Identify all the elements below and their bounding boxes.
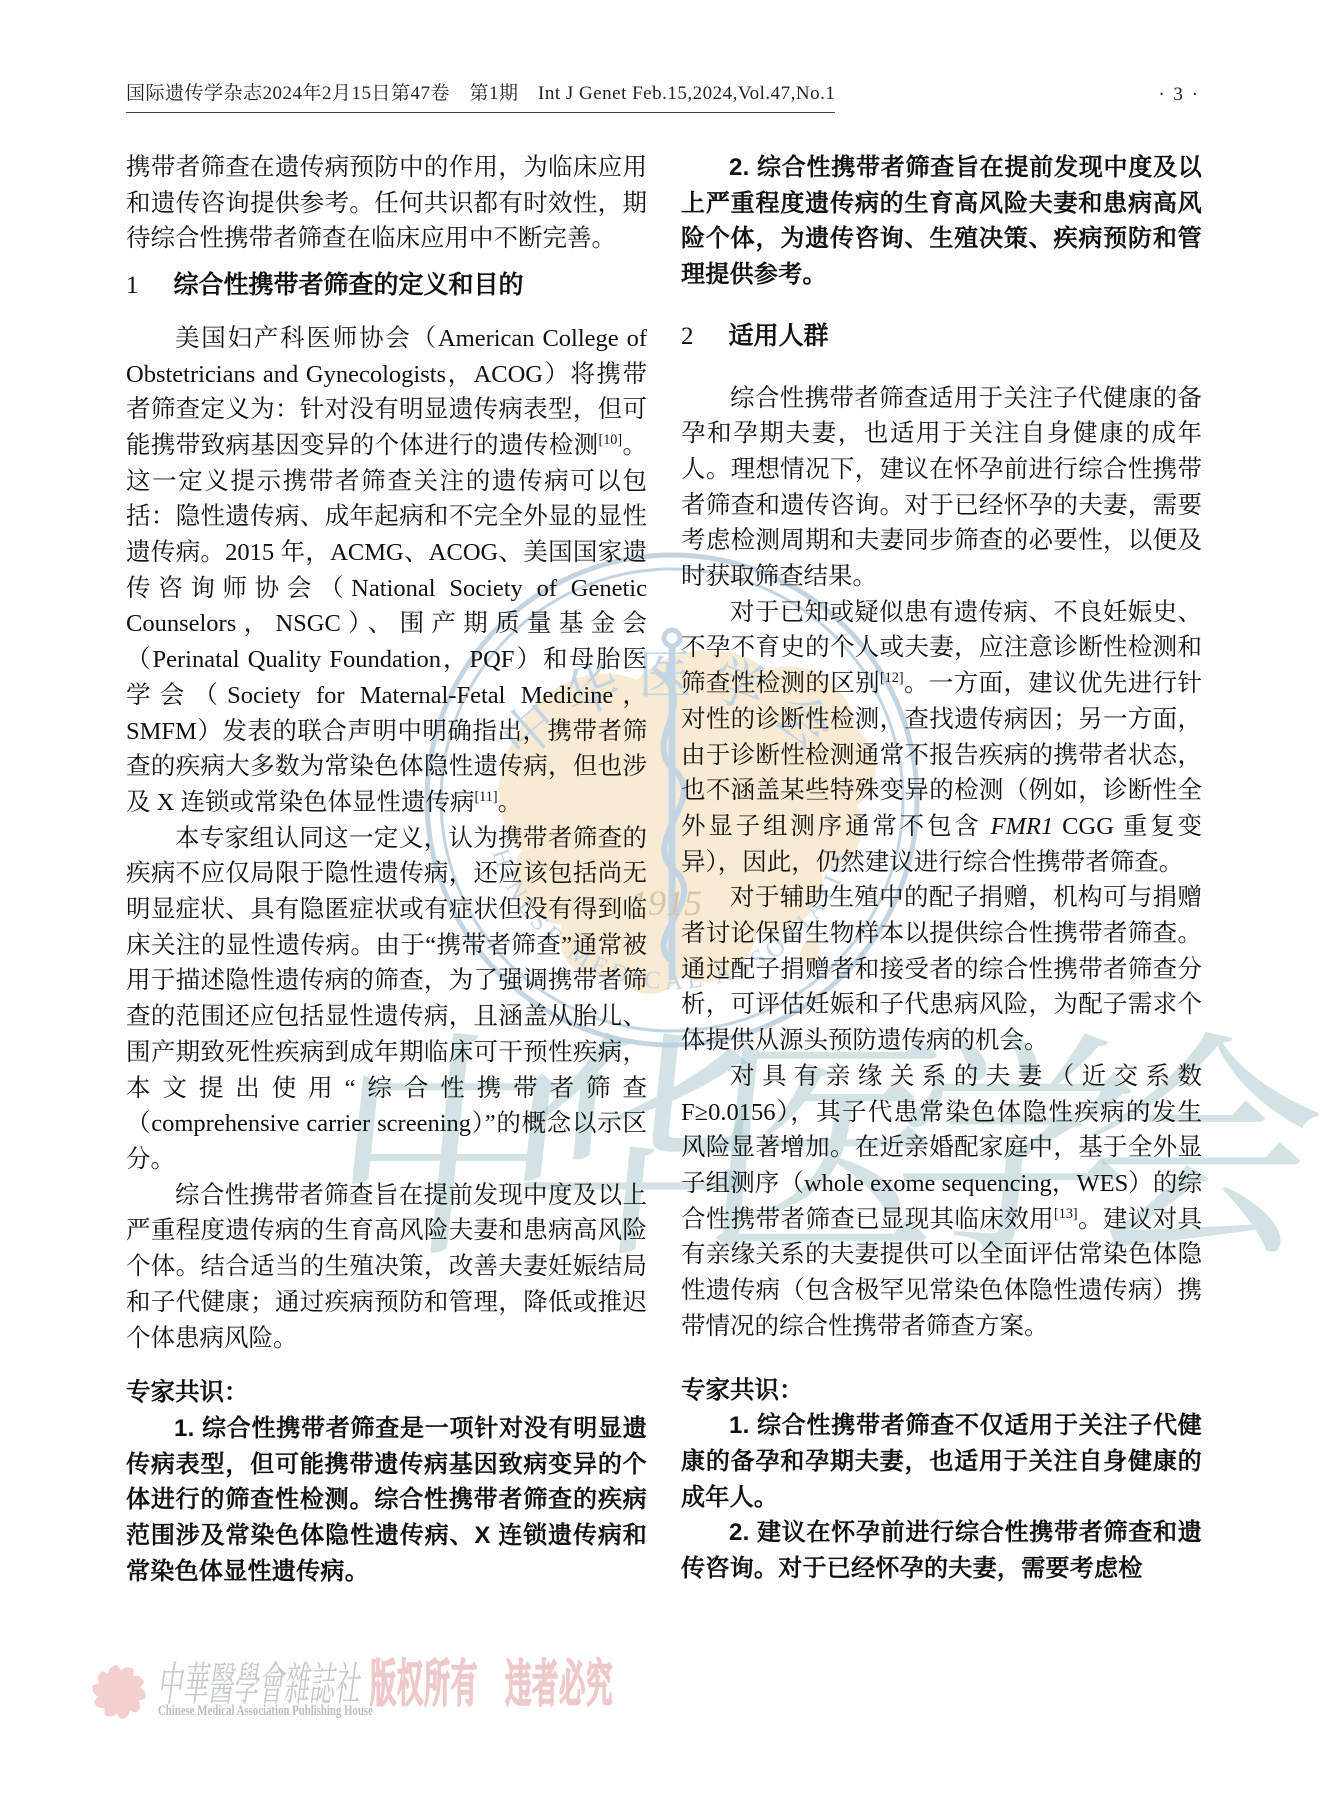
consensus-item: 2. 建议在怀孕前进行综合性携带者筛查和遗传咨询。对于已经怀孕的夫妻，需要考虑检 (681, 1515, 1202, 1586)
paragraph: 综合性携带者筛查旨在提前发现中度及以上严重程度遗传病的生育高风险夫妻和患病高风险… (126, 1178, 647, 1357)
paragraph: 综合性携带者筛查适用于关注子代健康的备孕和孕期夫妻，也适用于关注自身健康的成年人… (681, 381, 1202, 595)
paragraph: 对于已知或疑似患有遗传病、不良妊娠史、不孕不育史的个人或夫妻，应注意诊断性检测和… (681, 595, 1202, 881)
expert-consensus-label: 专家共识： (681, 1373, 1202, 1409)
section-2-number: 2 (681, 323, 694, 350)
section-2-title: 适用人群 (729, 322, 829, 350)
section-2-heading: 2适用人群 (681, 319, 1202, 355)
section-1-number: 1 (126, 272, 139, 299)
consensus-item: 1. 综合性携带者筛查是一项针对没有明显遗传病表型，但可能携带遗传病基因致病变异… (126, 1411, 647, 1590)
publisher-name-en: Chinese Medical Association Publishing H… (158, 1703, 373, 1720)
section-1-heading: 1综合性携带者筛查的定义和目的 (126, 268, 647, 304)
paragraph: 对具有亲缘关系的夫妻（近交系数 F≥0.0156），其子代患常染色体隐性疾病的发… (681, 1059, 1202, 1345)
page-header: 国际遗传学杂志2024年2月15日第47卷 第1期 Int J Genet Fe… (126, 78, 1200, 113)
intro-paragraph: 携带者筛查在遗传病预防中的作用，为临床应用和遗传咨询提供参考。任何共识都有时效性… (126, 150, 647, 257)
journal-citation: 国际遗传学杂志2024年2月15日第47卷 第1期 Int J Genet Fe… (126, 78, 835, 113)
consensus-item: 2. 综合性携带者筛查旨在提前发现中度及以上严重程度遗传病的生育高风险夫妻和患病… (681, 150, 1202, 293)
publisher-footer: 中華醫學會雜誌社 Chinese Medical Association Pub… (0, 1645, 1322, 1785)
section-1-title: 综合性携带者筛查的定义和目的 (174, 271, 524, 299)
right-column: 2. 综合性携带者筛查旨在提前发现中度及以上严重程度遗传病的生育高风险夫妻和患病… (681, 150, 1202, 1587)
page-number: · 3 · (1158, 84, 1200, 113)
cma-flower-icon (86, 1655, 152, 1729)
left-column: 携带者筛查在遗传病预防中的作用，为临床应用和遗传咨询提供参考。任何共识都有时效性… (126, 150, 647, 1589)
journal-page: 中华医学会 中华医学会 CHINESE MEDICAL (0, 0, 1322, 1796)
consensus-item: 1. 综合性携带者筛查不仅适用于关注子代健康的备孕和孕期夫妻，也适用于关注自身健… (681, 1408, 1202, 1515)
paragraph: 对于辅助生殖中的配子捐赠，机构可与捐赠者讨论保留生物样本以提供综合性携带者筛查。… (681, 880, 1202, 1059)
paragraph: 本专家组认同这一定义，认为携带者筛查的疾病不应仅局限于隐性遗传病，还应该包括尚无… (126, 821, 647, 1178)
copyright-notice: 版权所有 违者必究 (370, 1659, 613, 1709)
publisher-name-cn: 中華醫學會雜誌社 (157, 1661, 359, 1707)
paragraph: 美国妇产科医师协会（American College of Obstetrici… (126, 321, 647, 821)
expert-consensus-label: 专家共识： (126, 1375, 647, 1411)
